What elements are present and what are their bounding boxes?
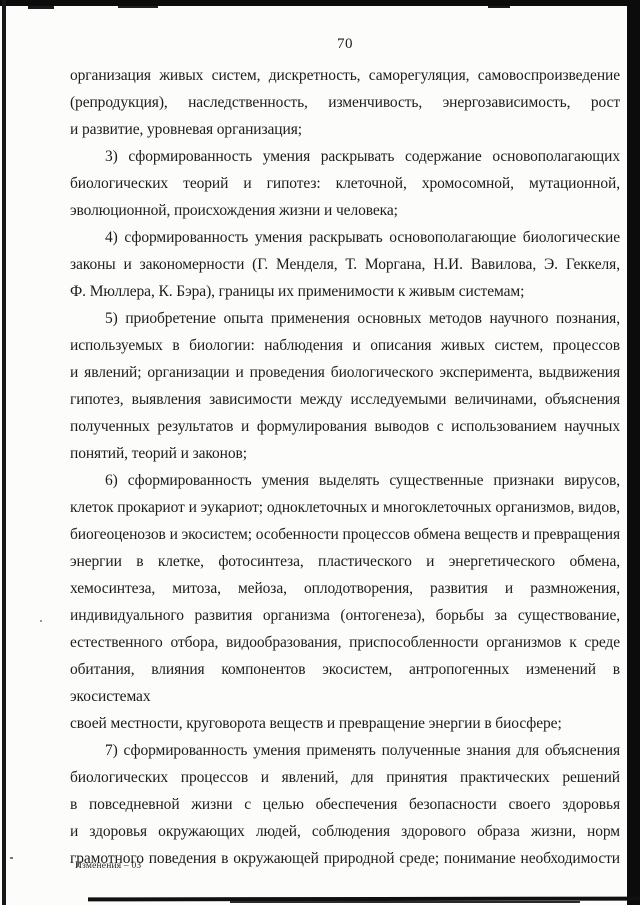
text-line: обитания, влияния компонентов экосистем,… xyxy=(70,656,620,710)
document-page: 70 организация живых систем, дискретност… xyxy=(0,0,640,905)
text-line: индивидуального развития организма (онто… xyxy=(70,602,620,629)
text-line: 4) сформированность умения раскрывать ос… xyxy=(70,224,620,251)
text-line: и здоровья окружающих людей, соблюдения … xyxy=(70,818,620,845)
scan-artifact xyxy=(28,6,54,9)
text-line: биологических теорий и гипотез: клеточно… xyxy=(70,170,620,197)
text-line: Ф. Мюллера, К. Бэра), границы их примени… xyxy=(70,278,620,305)
text-line: 7) сформированность умения применять пол… xyxy=(70,737,620,764)
list-item-4: 4) сформированность умения раскрывать ос… xyxy=(70,224,620,305)
text-line: гипотез, выявления зависимости между исс… xyxy=(70,386,620,413)
scan-edge-top xyxy=(0,0,640,6)
text-line: полученных результатов и формулирования … xyxy=(70,413,620,440)
page-number: 70 xyxy=(70,36,620,53)
scan-speck xyxy=(40,620,42,622)
paragraph-continuation: организация живых систем, дискретность, … xyxy=(70,62,620,143)
text-line: 5) приобретение опыта применения основны… xyxy=(70,305,620,332)
text-line: естественного отбора, видообразования, п… xyxy=(70,629,620,656)
text-line: организация живых систем, дискретность, … xyxy=(70,62,620,89)
text-line: законы и закономерности (Г. Менделя, Т. … xyxy=(70,251,620,278)
text-line: биогеоценозов и экосистем; особенности п… xyxy=(70,521,620,548)
scan-artifact xyxy=(230,901,580,903)
text-line: своей местности, круговорота веществ и п… xyxy=(70,710,620,737)
list-item-6: 6) сформированность умения выделять суще… xyxy=(70,467,620,737)
text-line: и явлений; организации и проведения биол… xyxy=(70,359,620,386)
text-line: 6) сформированность умения выделять суще… xyxy=(70,467,620,494)
text-line: эволюционной, происхождения жизни и чело… xyxy=(70,197,620,224)
text-line: (репродукция), наследственность, изменчи… xyxy=(70,89,620,116)
text-line: энергии в клетке, фотосинтеза, пластичес… xyxy=(70,548,620,575)
scan-edge-right xyxy=(627,0,640,905)
text-line: 3) сформированность умения раскрывать со… xyxy=(70,143,620,170)
list-item-3: 3) сформированность умения раскрывать со… xyxy=(70,143,620,224)
scan-artifact xyxy=(488,6,510,8)
text-line: в повседневной жизни с целью обеспечения… xyxy=(70,791,620,818)
footer-revision-note: Изменения – 03 xyxy=(75,861,141,871)
text-line: используемых в биологии: наблюдения и оп… xyxy=(70,332,620,359)
body-text: организация живых систем, дискретность, … xyxy=(70,62,620,872)
list-item-5: 5) приобретение опыта применения основны… xyxy=(70,305,620,467)
text-line: понятий, теорий и законов; xyxy=(70,440,620,467)
scan-artifact xyxy=(118,6,158,8)
scan-edge-left xyxy=(2,0,6,905)
text-line: клеток прокариот и эукариот; одноклеточн… xyxy=(70,494,620,521)
text-line: биологических процессов и явлений, для п… xyxy=(70,764,620,791)
text-line: и развитие, уровневая организация; xyxy=(70,116,620,143)
list-item-7: 7) сформированность умения применять пол… xyxy=(70,737,620,872)
text-line: хемосинтеза, митоза, мейоза, оплодотворе… xyxy=(70,575,620,602)
text-line: грамотного поведения в окружающей природ… xyxy=(70,845,620,872)
scan-speck xyxy=(10,857,13,859)
